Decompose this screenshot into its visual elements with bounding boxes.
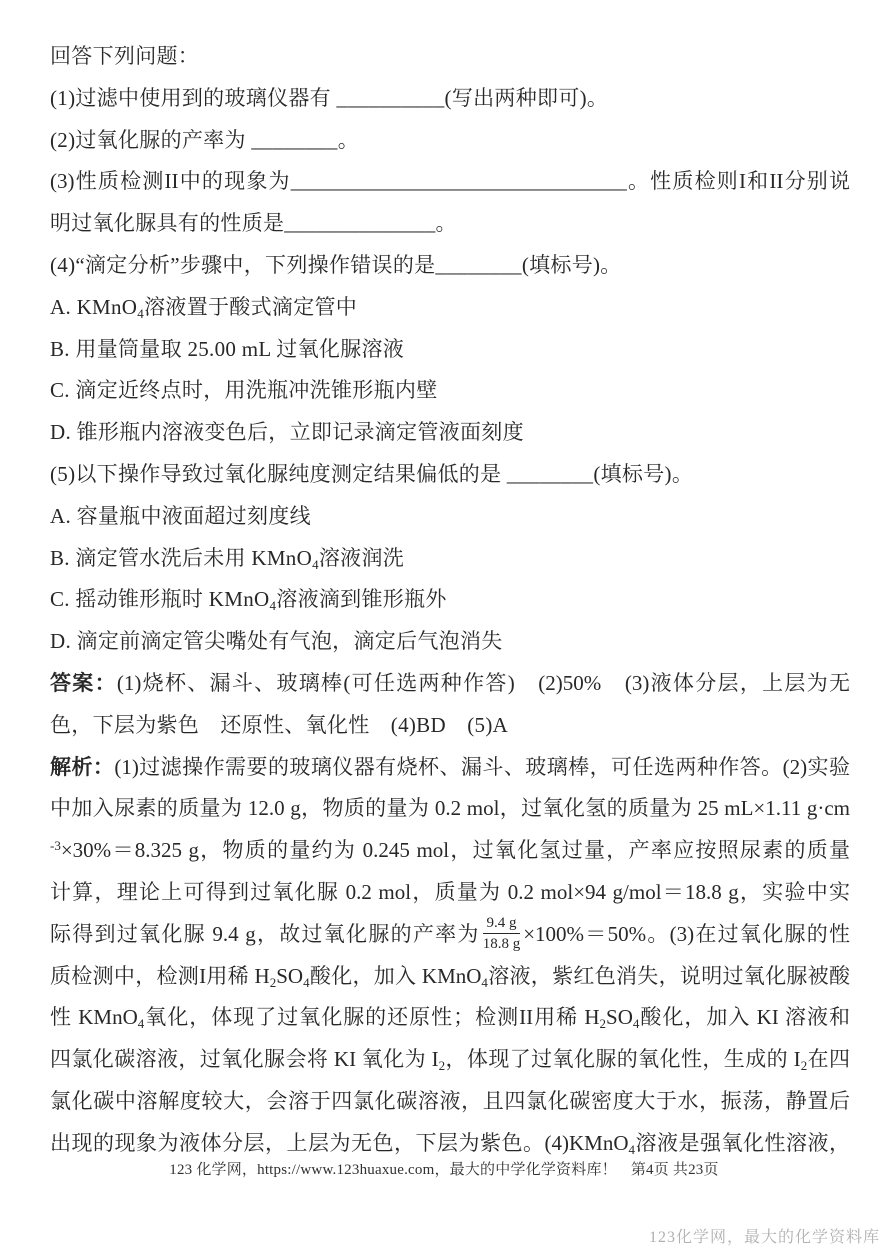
text-segment: 回答下列问题： (50, 44, 199, 68)
text-line: (2)过氧化脲的产率为 ________。 (50, 120, 850, 162)
text-line: 际得到过氧化脲 9.4 g，故过氧化脲的产率为9.4 g18.8 g×100%＝… (50, 914, 850, 956)
text-line: A. 容量瓶中液面超过刻度线 (50, 496, 850, 538)
text-segment: 溶液滴到锥形瓶外 (276, 587, 446, 611)
text-segment: 色，下层为紫色 还原性、氧化性 (4)BD (5)A (50, 713, 508, 737)
text-line: B. 用量筒量取 25.00 mL 过氧化脲溶液 (50, 329, 850, 371)
superscript: -3 (50, 838, 61, 853)
text-segment: (4)“滴定分析”步骤中，下列操作错误的是________(填标号)。 (50, 253, 622, 277)
text-segment: (1)过滤操作需要的玻璃仪器有烧杯、漏斗、玻璃棒，可任选两种作答。(2)实验 (114, 755, 850, 779)
text-line: 性 KMnO4氧化，体现了过氧化脲的还原性；检测II用稀 H2SO4酸化，加入 … (50, 997, 850, 1039)
text-line: (5)以下操作导致过氧化脲纯度测定结果偏低的是 ________(填标号)。 (50, 454, 850, 496)
text-segment: 明过氧化脲具有的性质是______________。 (50, 211, 457, 235)
text-segment: 氯化碳中溶解度较大，会溶于四氯化碳溶液，且四氯化碳密度大于水，振荡，静置后 (50, 1089, 850, 1113)
text-segment: SO (606, 1005, 633, 1029)
text-segment: C. 滴定近终点时，用洗瓶冲洗锥形瓶内壁 (50, 378, 438, 402)
text-line: 明过氧化脲具有的性质是______________。 (50, 203, 850, 245)
text-line: 中加入尿素的质量为 12.0 g，物质的量为 0.2 mol，过氧化氢的质量为 … (50, 788, 850, 830)
watermark-text: 123化学网，最大的化学资料库 (649, 1224, 880, 1247)
document-page: 回答下列问题：(1)过滤中使用到的玻璃仪器有 __________(写出两种即可… (0, 0, 888, 1255)
fraction-numerator: 9.4 g (483, 914, 521, 934)
text-segment: 溶液，紫红色消失，说明过氧化脲被酸 (488, 964, 850, 988)
text-line: 回答下列问题： (50, 36, 850, 78)
text-line: 质检测中，检测I用稀 H2SO4酸化，加入 KMnO4溶液，紫红色消失，说明过氧… (50, 956, 850, 998)
text-segment: 酸化，加入 KI 溶液和 (639, 1005, 850, 1029)
text-segment: 溶液润洗 (319, 546, 404, 570)
text-line: 色，下层为紫色 还原性、氧化性 (4)BD (5)A (50, 705, 850, 747)
page-footer: 123 化学网，https://www.123huaxue.com，最大的中学化… (0, 1158, 888, 1179)
text-line: (3)性质检测II中的现象为__________________________… (50, 161, 850, 203)
text-segment: 溶液是强氧化性溶液， (635, 1131, 850, 1155)
text-line: D. 锥形瓶内溶液变色后，立即记录滴定管液面刻度 (50, 412, 850, 454)
text-segment: B. 用量筒量取 25.00 mL 过氧化脲溶液 (50, 337, 404, 361)
text-line: (4)“滴定分析”步骤中，下列操作错误的是________(填标号)。 (50, 245, 850, 287)
text-line: C. 滴定近终点时，用洗瓶冲洗锥形瓶内壁 (50, 370, 850, 412)
text-segment: 四氯化碳溶液，过氧化脲会将 KI 氧化为 I (50, 1047, 439, 1071)
text-segment: 在四 (807, 1047, 850, 1071)
text-line: A. KMnO4溶液置于酸式滴定管中 (50, 287, 850, 329)
fraction-denominator: 18.8 g (483, 934, 521, 953)
text-segment: D. 锥形瓶内溶液变色后，立即记录滴定管液面刻度 (50, 420, 524, 444)
text-segment: SO (276, 964, 303, 988)
text-line: 答案：(1)烧杯、漏斗、玻璃棒(可任选两种作答) (2)50% (3)液体分层，… (50, 663, 850, 705)
text-segment: 性 KMnO (50, 1005, 138, 1029)
text-segment: 氧化，体现了过氧化脲的还原性；检测II用稀 H (144, 1005, 599, 1029)
text-segment: 质检测中，检测I用稀 H (50, 964, 270, 988)
text-segment: ×100%＝50%。(3)在过氧化脲的性 (523, 922, 850, 946)
text-segment: (2)过氧化脲的产率为 ________。 (50, 128, 359, 152)
text-segment: A. KMnO (50, 295, 137, 319)
text-line: 解析：(1)过滤操作需要的玻璃仪器有烧杯、漏斗、玻璃棒，可任选两种作答。(2)实… (50, 747, 850, 789)
text-segment: 计算，理论上可得到过氧化脲 0.2 mol，质量为 0.2 mol×94 g/m… (50, 880, 850, 904)
text-segment: 际得到过氧化脲 9.4 g，故过氧化脲的产率为 (50, 922, 480, 946)
text-segment: C. 摇动锥形瓶时 KMnO (50, 587, 269, 611)
text-segment: 酸化，加入 KMnO (310, 964, 482, 988)
fraction: 9.4 g18.8 g (483, 914, 521, 953)
text-segment: D. 滴定前滴定管尖嘴处有气泡，滴定后气泡消失 (50, 629, 503, 653)
text-line: D. 滴定前滴定管尖嘴处有气泡，滴定后气泡消失 (50, 621, 850, 663)
document-body: 回答下列问题：(1)过滤中使用到的玻璃仪器有 __________(写出两种即可… (50, 36, 850, 1165)
text-segment: B. 滴定管水洗后未用 KMnO (50, 546, 312, 570)
text-segment: ，体现了过氧化脲的氧化性，生成的 I (445, 1047, 801, 1071)
text-line: B. 滴定管水洗后未用 KMnO4溶液润洗 (50, 538, 850, 580)
footer-site-info: 123 化学网，https://www.123huaxue.com，最大的中学化… (169, 1162, 617, 1178)
text-segment: 出现的现象为液体分层，上层为无色，下层为紫色。(4)KMnO (50, 1131, 629, 1155)
text-segment: A. 容量瓶中液面超过刻度线 (50, 504, 311, 528)
bold-label: 答案： (50, 671, 117, 695)
text-line: -3×30%＝8.325 g，物质的量约为 0.245 mol，过氧化氢过量，产… (50, 830, 850, 872)
text-segment: (1)过滤中使用到的玻璃仪器有 __________(写出两种即可)。 (50, 86, 608, 110)
text-segment: 溶液置于酸式滴定管中 (144, 295, 357, 319)
subscript: 4 (312, 557, 319, 572)
text-segment: (3)性质检测II中的现象为__________________________… (50, 169, 850, 193)
text-line: C. 摇动锥形瓶时 KMnO4溶液滴到锥形瓶外 (50, 579, 850, 621)
text-line: 氯化碳中溶解度较大，会溶于四氯化碳溶液，且四氯化碳密度大于水，振荡，静置后 (50, 1081, 850, 1123)
text-segment: (5)以下操作导致过氧化脲纯度测定结果偏低的是 ________(填标号)。 (50, 462, 693, 486)
text-segment: ×30%＝8.325 g，物质的量约为 0.245 mol，过氧化氢过量，产率应… (61, 838, 850, 862)
text-segment: 中加入尿素的质量为 12.0 g，物质的量为 0.2 mol，过氧化氢的质量为 … (50, 796, 850, 820)
text-line: 四氯化碳溶液，过氧化脲会将 KI 氧化为 I2，体现了过氧化脲的氧化性，生成的 … (50, 1039, 850, 1081)
text-line: 计算，理论上可得到过氧化脲 0.2 mol，质量为 0.2 mol×94 g/m… (50, 872, 850, 914)
text-segment: (1)烧杯、漏斗、玻璃棒(可任选两种作答) (2)50% (3)液体分层，上层为… (117, 671, 850, 695)
bold-label: 解析： (50, 755, 114, 779)
text-line: (1)过滤中使用到的玻璃仪器有 __________(写出两种即可)。 (50, 78, 850, 120)
footer-page-indicator: 第4页 共23页 (631, 1162, 719, 1178)
